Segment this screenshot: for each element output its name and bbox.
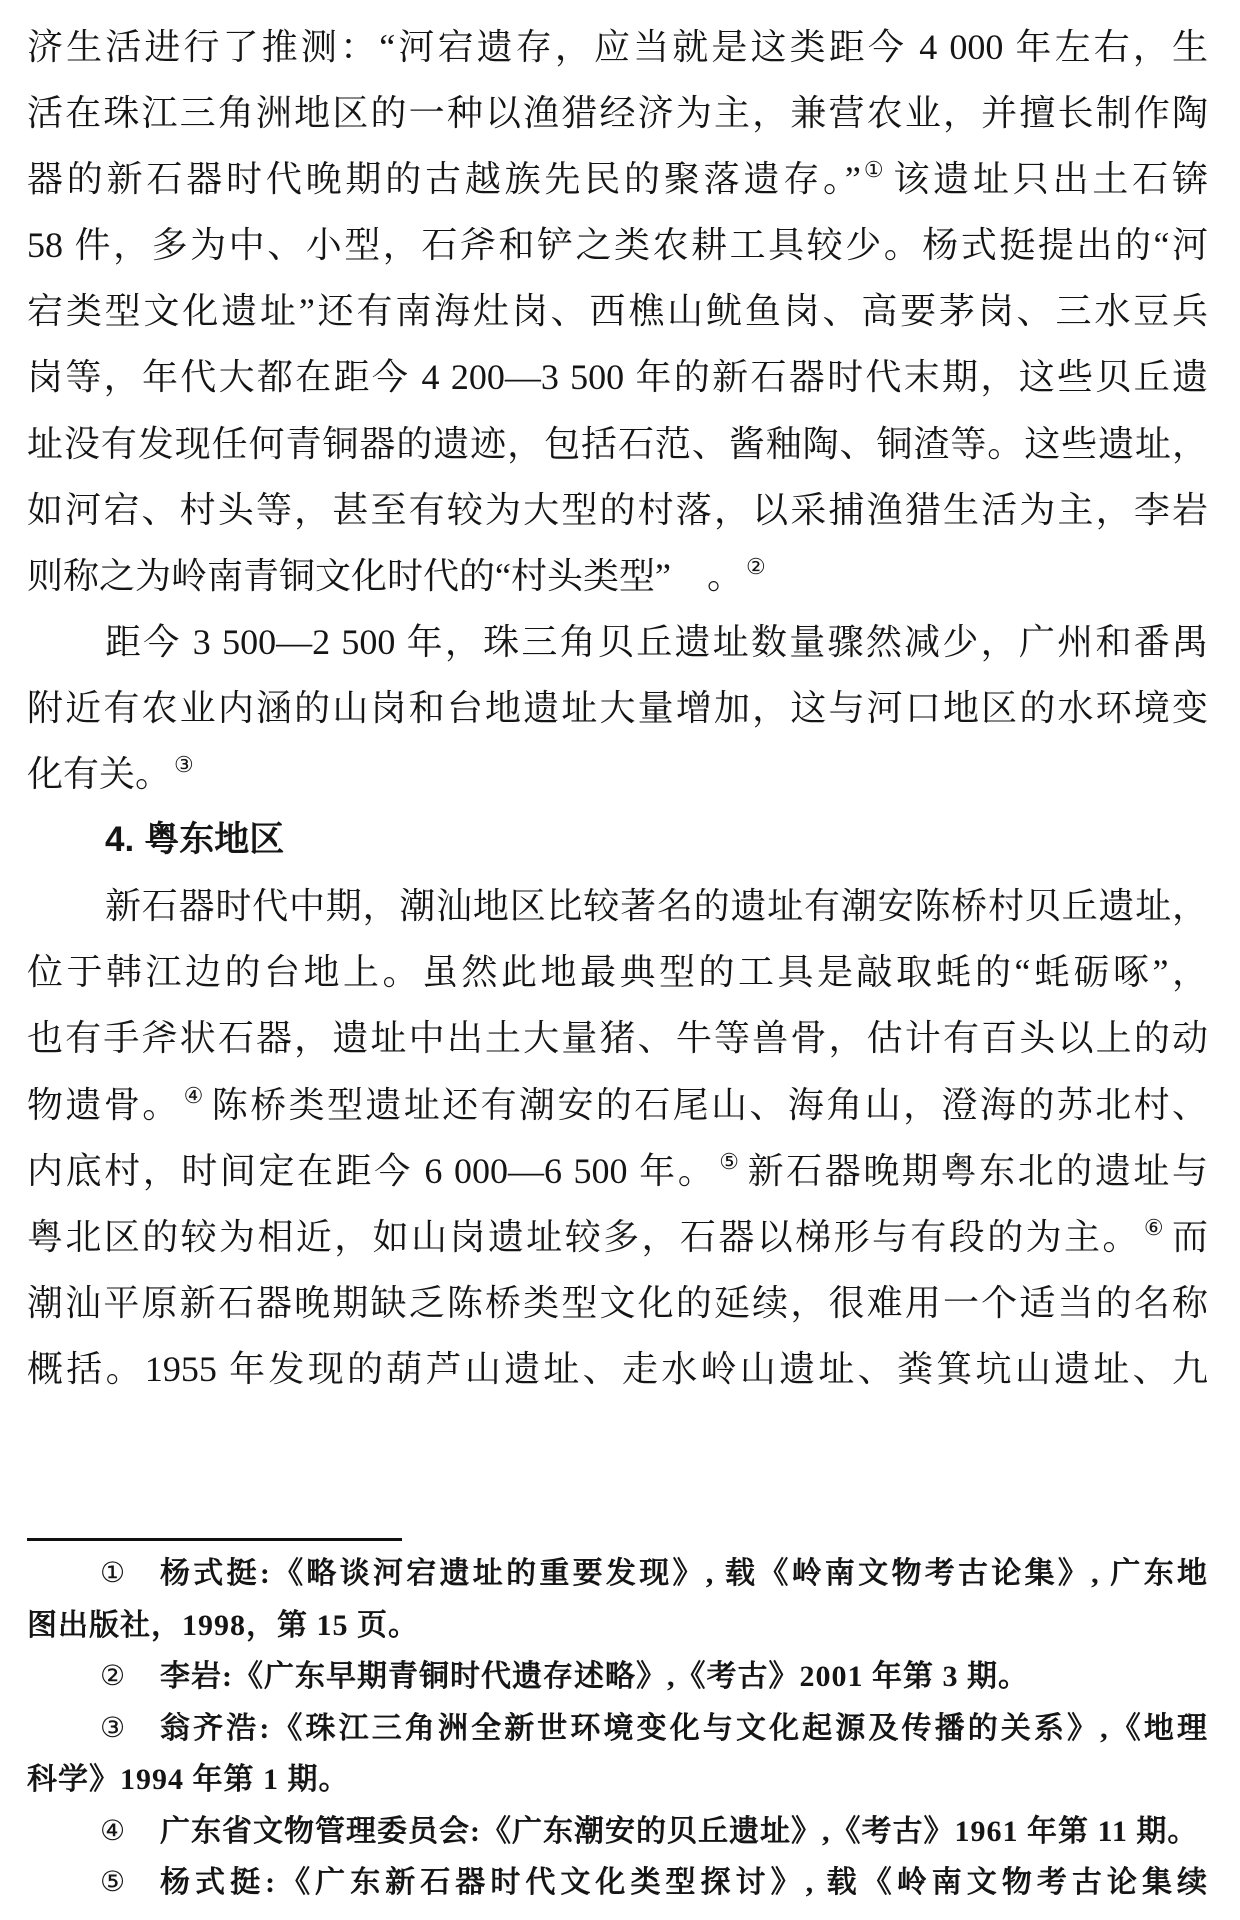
line-text: 位于韩江边的台地上。虽然此地最典型的工具是敲取蚝的“蚝砺啄”， xyxy=(27,952,1208,992)
line-text: 岗等，年代大都在距今 4 200—3 500 年的新石器时代末期，这些贝丘遗 xyxy=(27,357,1208,397)
footnote-text: 杨式挺:《略谈河宕遗址的重要发现》, 载《岭南文物考古论集》, 广东地 xyxy=(160,1548,1208,1600)
footnote-ref-marker: ⑤ xyxy=(719,1151,739,1173)
line-text: 该遗址只出土石锛 xyxy=(890,159,1208,199)
line-text: 而 xyxy=(1170,1217,1208,1257)
section-number: 4. xyxy=(105,820,134,859)
text-line: 活在珠江三角洲地区的一种以渔猎经济为主，兼营农业，并擅长制作陶 xyxy=(27,80,1208,146)
line-text: 如河宕、村头等，甚至有较为大型的村落，以采捕渔猎生活为主，李岩 xyxy=(27,490,1208,530)
line-text: 活在珠江三角洲地区的一种以渔猎经济为主，兼营农业，并擅长制作陶 xyxy=(27,93,1208,133)
text-line: 宕类型文化遗址”还有南海灶岗、西樵山鱿鱼岗、高要茅岗、三水豆兵 xyxy=(27,278,1208,344)
text-line: 粤北区的较为相近，如山岗遗址较多，石器以梯形与有段的为主。⑥而 xyxy=(27,1204,1208,1270)
footnote-number: ⑤ xyxy=(100,1857,160,1909)
text-line: 概括。1955 年发现的葫芦山遗址、走水岭山遗址、粪箕坑山遗址、九 xyxy=(27,1336,1208,1402)
footnote-2: ② 李岩:《广东早期青铜时代遗存述略》,《考古》2001 年第 3 期。 xyxy=(27,1651,1208,1703)
footnote-number: ④ xyxy=(100,1806,160,1858)
section-title: 粤东地区 xyxy=(144,820,284,859)
footnote-divider xyxy=(27,1538,402,1541)
text-line: 如河宕、村头等，甚至有较为大型的村落，以采捕渔猎生活为主，李岩 xyxy=(27,477,1208,543)
footnote-5: ⑤ 杨式挺:《广东新石器时代文化类型探讨》, 载《岭南文物考古论集续 xyxy=(27,1857,1208,1909)
line-text: 器的新石器时代晚期的古越族先民的聚落遗存。” xyxy=(27,159,861,199)
line-text: 概括。1955 年发现的葫芦山遗址、走水岭山遗址、粪箕坑山遗址、九 xyxy=(27,1349,1208,1389)
line-text: 物遗骨。 xyxy=(27,1085,181,1125)
text-line: 物遗骨。④陈桥类型遗址还有潮安的石尾山、海角山，澄海的苏北村、 xyxy=(27,1072,1208,1138)
line-text: 也有手斧状石器，遗址中出土大量猪、牛等兽骨，估计有百头以上的动 xyxy=(27,1018,1208,1058)
footnote-number: ① xyxy=(100,1548,160,1600)
line-text: 则称之为岭南青铜文化时代的“村头类型” 。 xyxy=(27,556,743,596)
footnote-ref-marker: ② xyxy=(746,556,766,578)
text-line: 位于韩江边的台地上。虽然此地最典型的工具是敲取蚝的“蚝砺啄”， xyxy=(27,939,1208,1005)
text-line: 距今 3 500—2 500 年，珠三角贝丘遗址数量骤然减少，广州和番禺 xyxy=(27,609,1208,675)
section-heading: 4.粤东地区 xyxy=(27,807,1208,873)
footnote-1-continued: 图出版社，1998，第 15 页。 xyxy=(27,1600,1208,1652)
line-text: 新石器晚期粤东北的遗址与 xyxy=(745,1151,1208,1191)
line-text: 宕类型文化遗址”还有南海灶岗、西樵山鱿鱼岗、高要茅岗、三水豆兵 xyxy=(27,291,1208,331)
footnote-ref-marker: ③ xyxy=(174,754,194,776)
footnote-ref-marker: ⑥ xyxy=(1144,1217,1164,1239)
paragraph: 新石器时代中期，潮汕地区比较著名的遗址有潮安陈桥村贝丘遗址， 位于韩江边的台地上… xyxy=(27,873,1208,1402)
text-line: 则称之为岭南青铜文化时代的“村头类型” 。② xyxy=(27,543,1208,609)
line-text: 济生活进行了推测：“河宕遗存，应当就是这类距今 4 000 年左右，生 xyxy=(27,27,1208,67)
text-line: 58 件，多为中、小型，石斧和铲之类农耕工具较少。杨式挺提出的“河 xyxy=(27,212,1208,278)
line-text: 化有关。 xyxy=(27,754,171,794)
footnote-text: 杨式挺:《广东新石器时代文化类型探讨》, 载《岭南文物考古论集续 xyxy=(160,1857,1208,1909)
line-text: 粤北区的较为相近，如山岗遗址较多，石器以梯形与有段的为主。 xyxy=(27,1217,1141,1257)
text-line: 潮汕平原新石器晚期缺乏陈桥类型文化的延续，很难用一个适当的名称 xyxy=(27,1270,1208,1336)
footnote-3: ③ 翁齐浩:《珠江三角洲全新世环境变化与文化起源及传播的关系》,《地理 xyxy=(27,1703,1208,1755)
text-line: 也有手斧状石器，遗址中出土大量猪、牛等兽骨，估计有百头以上的动 xyxy=(27,1005,1208,1071)
footnote-ref-marker: ① xyxy=(864,159,884,181)
text-line: 附近有农业内涵的山岗和台地遗址大量增加，这与河口地区的水环境变 xyxy=(27,675,1208,741)
line-text: 内底村，时间定在距今 6 000—6 500 年。 xyxy=(27,1151,716,1191)
footnote-text: 翁齐浩:《珠江三角洲全新世环境变化与文化起源及传播的关系》,《地理 xyxy=(160,1703,1208,1755)
footnote-text: 广东省文物管理委员会:《广东潮安的贝丘遗址》,《考古》1961 年第 11 期。 xyxy=(160,1806,1208,1858)
footnote-number: ③ xyxy=(100,1703,160,1755)
footnote-ref-marker: ④ xyxy=(184,1085,204,1107)
paragraph: 济生活进行了推测：“河宕遗存，应当就是这类距今 4 000 年左右，生 活在珠江… xyxy=(27,14,1208,609)
text-line: 内底村，时间定在距今 6 000—6 500 年。⑤新石器晚期粤东北的遗址与 xyxy=(27,1138,1208,1204)
text-line: 器的新石器时代晚期的古越族先民的聚落遗存。”①该遗址只出土石锛 xyxy=(27,146,1208,212)
line-text: 距今 3 500—2 500 年，珠三角贝丘遗址数量骤然减少，广州和番禺 xyxy=(105,622,1208,662)
footnote-text: 图出版社，1998，第 15 页。 xyxy=(27,1600,1208,1652)
text-line: 岗等，年代大都在距今 4 200—3 500 年的新石器时代末期，这些贝丘遗 xyxy=(27,344,1208,410)
text-line: 化有关。③ xyxy=(27,741,1208,807)
book-page: 济生活进行了推测：“河宕遗存，应当就是这类距今 4 000 年左右，生 活在珠江… xyxy=(0,0,1240,1920)
text-line: 址没有发现任何青铜器的遗迹，包括石范、酱釉陶、铜渣等。这些遗址， xyxy=(27,411,1208,477)
line-text: 潮汕平原新石器晚期缺乏陈桥类型文化的延续，很难用一个适当的名称 xyxy=(27,1283,1208,1323)
footnote-text: 李岩:《广东早期青铜时代遗存述略》,《考古》2001 年第 3 期。 xyxy=(160,1651,1208,1703)
footnotes: ① 杨式挺:《略谈河宕遗址的重要发现》, 载《岭南文物考古论集》, 广东地 图出… xyxy=(27,1548,1208,1909)
line-text: 58 件，多为中、小型，石斧和铲之类农耕工具较少。杨式挺提出的“河 xyxy=(27,225,1208,265)
footnote-1: ① 杨式挺:《略谈河宕遗址的重要发现》, 载《岭南文物考古论集》, 广东地 xyxy=(27,1548,1208,1600)
footnote-number: ② xyxy=(100,1651,160,1703)
footnote-4: ④ 广东省文物管理委员会:《广东潮安的贝丘遗址》,《考古》1961 年第 11 … xyxy=(27,1806,1208,1858)
line-text: 陈桥类型遗址还有潮安的石尾山、海角山，澄海的苏北村、 xyxy=(209,1085,1208,1125)
line-text: 附近有农业内涵的山岗和台地遗址大量增加，这与河口地区的水环境变 xyxy=(27,688,1208,728)
text-line: 济生活进行了推测：“河宕遗存，应当就是这类距今 4 000 年左右，生 xyxy=(27,14,1208,80)
text-line: 新石器时代中期，潮汕地区比较著名的遗址有潮安陈桥村贝丘遗址， xyxy=(27,873,1208,939)
line-text: 新石器时代中期，潮汕地区比较著名的遗址有潮安陈桥村贝丘遗址， xyxy=(105,886,1208,926)
line-text: 址没有发现任何青铜器的遗迹，包括石范、酱釉陶、铜渣等。这些遗址， xyxy=(27,424,1208,464)
footnote-text: 科学》1994 年第 1 期。 xyxy=(27,1754,1208,1806)
main-text: 济生活进行了推测：“河宕遗存，应当就是这类距今 4 000 年左右，生 活在珠江… xyxy=(27,14,1208,1402)
paragraph: 距今 3 500—2 500 年，珠三角贝丘遗址数量骤然减少，广州和番禺 附近有… xyxy=(27,609,1208,807)
footnote-3-continued: 科学》1994 年第 1 期。 xyxy=(27,1754,1208,1806)
